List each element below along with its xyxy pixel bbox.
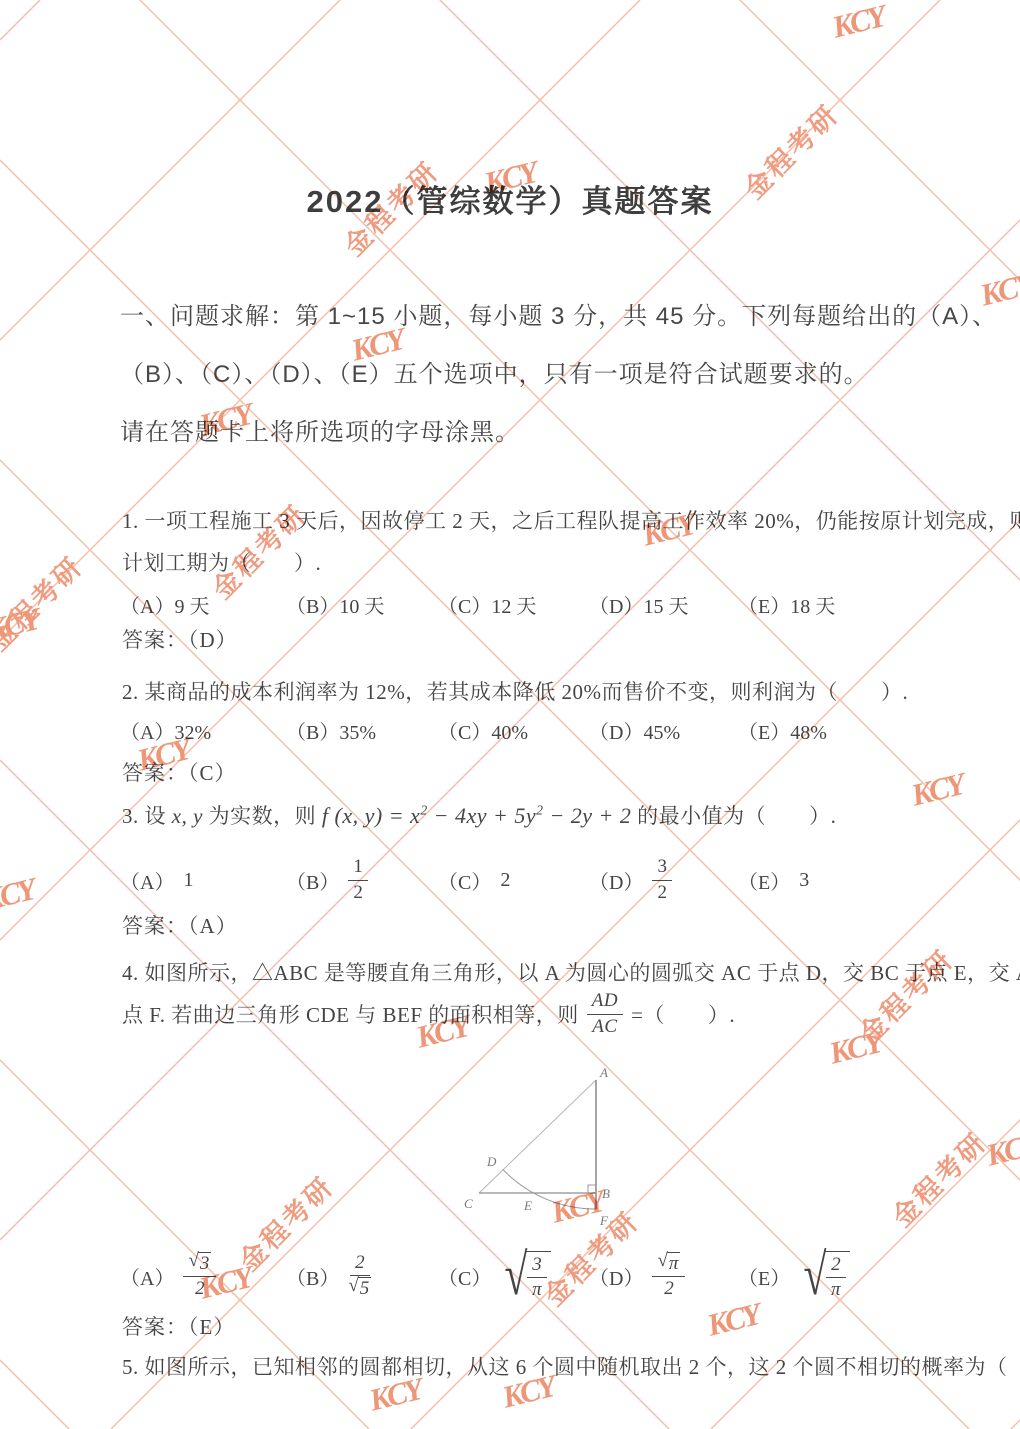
q4-option-c: （C） √ 3 π [438,1238,551,1314]
2-over-sqrt5: 2 √5 [348,1252,371,1301]
q3-option-c: （C）2 [438,842,510,918]
fraction: 3 2 [652,856,672,904]
watermark-logo: KCY [826,1024,884,1071]
q1-option-e: （E）18 天 [738,590,835,619]
q4-text-line-2b: =（ ）. [631,999,735,1029]
q5-text-line-1: 5. 如图所示，已知相邻的圆都相切，从这 6 个圆中随机取出 2 个，这 2 个… [122,1351,967,1381]
intro-line-2: （B）、（C）、（D）、（E）五个选项中，只有一项是符合试题要求的。 [120,354,965,389]
q1-option-a: （A）9 天 [120,590,209,619]
q3-answer: 答案：（A） [122,910,238,940]
q2-answer: 答案：（C） [122,757,237,787]
q2-option-c: （C）40% [438,716,528,745]
q4-text-line-2a: 点 F. 若曲边三角形 CDE 与 BEF 的面积相等，则 [122,999,579,1029]
document-page: 2022（管综数学）真题答案 一、问题求解：第 1~15 小题，每小题 3 分，… [0,0,1020,1429]
watermark-text: 金程考研 [882,1122,994,1234]
figure-label-a: A [599,1065,608,1080]
q3-text-pre: 3. 设 [122,804,166,828]
page-title: 2022（管综数学）真题答案 [0,176,1020,221]
watermark-text: 金程考研 [849,939,961,1051]
q1-option-c: （C）12 天 [438,590,536,619]
figure-label-e: E [523,1198,532,1213]
sqrt-3-over-pi: √ 3 π [500,1251,550,1302]
q4-answer: 答案：（E） [122,1311,235,1341]
q4-text-line-2: 点 F. 若曲边三角形 CDE 与 BEF 的面积相等，则 AD AC =（ ）… [122,992,735,1036]
watermark-logo: KCY [829,0,887,46]
intro-line-1: 一、问题求解：第 1~15 小题，每小题 3 分，共 45 分。下列每题给出的（… [120,296,965,331]
sqrtpi-over-2: √π 2 [652,1252,685,1301]
q3-text-mid: 为实数，则 [209,804,317,828]
q3-option-d: （D） 3 2 [589,842,672,918]
intro-line-3: 请在答题卡上将所选项的字母涂黑。 [120,412,965,447]
figure-label-d: D [486,1154,497,1169]
q3-text-post: 的最小值为（ ）. [637,804,836,828]
q3-option-e: （E）3 [738,842,809,918]
right-angle-marker [588,1185,596,1193]
q4-option-e: （E） √ 2 π [738,1238,850,1314]
q1-option-b: （B）10 天 [286,590,384,619]
q1-text-line-2: 计划工期为（ ）. [122,547,967,577]
q2-option-a: （A）32% [120,716,211,745]
q2-text-line-1: 2. 某商品的成本利润率为 12%，若其成本降低 20%而售价不变，则利润为（ … [122,676,967,706]
q2-option-d: （D）45% [589,716,680,745]
watermark-text: 金程考研 [0,546,90,658]
watermark-logo: KCY [983,1126,1020,1173]
q4-option-d: （D） √π 2 [589,1238,685,1314]
sqrt3-over-2: √3 2 [183,1252,216,1301]
fraction: 1 2 [348,856,368,904]
figure-label-b: B [602,1186,610,1201]
q3-formula: f (x, y) = x2 − 4xy + 5y2 − 2y + 2 [322,803,632,828]
q1-option-d: （D）15 天 [589,590,688,619]
q3-variables: x, y [172,804,203,828]
q2-option-b: （B）35% [286,716,376,745]
sqrt-2-over-pi: √ 2 π [799,1251,849,1302]
q4-triangle-figure: A B C D E F [452,1053,652,1238]
q3-text-line: 3. 设 x, y 为实数，则 f (x, y) = x2 − 4xy + 5y… [122,800,967,830]
figure-label-c: C [464,1196,473,1211]
q3-option-b: （B） 1 2 [286,842,368,918]
watermark-logo: KCY [0,601,41,648]
ad-ac-fraction: AD AC [587,990,623,1038]
q4-option-b: （B） 2 √5 [286,1238,371,1314]
figure-label-f: F [599,1213,609,1228]
q3-option-a: （A）1 [120,842,193,918]
q2-option-e: （E）48% [738,716,827,745]
q1-answer: 答案：（D） [122,624,238,654]
q1-text-line-1: 1. 一项工程施工 3 天后，因故停工 2 天，之后工程队提高工作效率 20%，… [122,505,967,535]
q4-text-line-1: 4. 如图所示，△ABC 是等腰直角三角形，以 A 为圆心的圆弧交 AC 于点 … [122,957,967,987]
q4-option-a: （A） √3 2 [120,1238,216,1314]
watermark-logo: KCY [0,871,37,918]
